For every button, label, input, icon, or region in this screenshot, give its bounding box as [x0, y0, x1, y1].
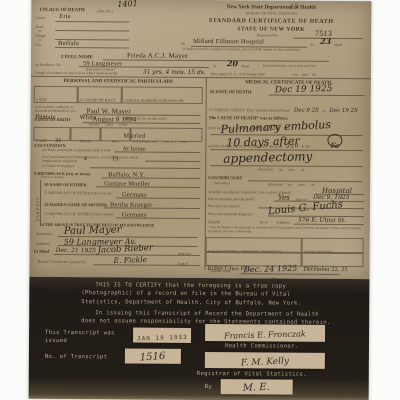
rule-line — [55, 21, 129, 23]
transcript-certify-paragraph: THIS IS TO CERTIFY that the foregoing is… — [81, 281, 329, 308]
st-label: St. — [310, 43, 314, 47]
informant-address-label: (Address) — [36, 242, 50, 246]
ward-value: 23 — [320, 36, 331, 46]
burial-place-cell: 19 PLACE OF BURIAL, CREMATION, OR REMOVA… — [206, 237, 302, 253]
cause-line-2: 10 days after — [226, 134, 300, 149]
dob-label: 6 DATE OF BIRTH — [35, 117, 71, 122]
registered-no-label: Registered No. — [257, 33, 279, 37]
cause-circled-initials: Fa — [331, 142, 340, 150]
transcript-no-label: No. of Transcript — [45, 353, 107, 362]
dept-title: New York State Department of Health — [181, 4, 361, 11]
cause-duration-labels: (duration) yrs. mos. ds. — [258, 167, 305, 172]
cause-circled-mark: Fa — [327, 134, 342, 147]
father-name-label: 10 NAME OF FATHER — [44, 182, 87, 187]
death-certificate-photo: 1401 45 1 PLACE OF DEATH (Dist. No.) Cou… — [29, 0, 372, 400]
certify-to-date: Dec 19 25 — [329, 108, 357, 114]
occupation-c-label: (c) Name of employer — [42, 164, 74, 169]
physician-address-label: (Address) — [276, 221, 290, 225]
or-label-1: or — [38, 29, 41, 33]
rule-line — [116, 197, 200, 199]
cause-footnote: * State the Disease Causing Death, or, i… — [208, 226, 364, 234]
operation-label: Did an operation precede death? — [208, 197, 255, 202]
age-less-note: If LESS than 1 day, ____ hrs. or ____ mi… — [132, 140, 187, 144]
transcript-section: THIS IS TO CERTIFY that the foregoing is… — [29, 277, 370, 400]
sex-cell: 3 SEX Female — [34, 86, 78, 103]
us-length-units: yrs. mos. ds. — [293, 73, 316, 77]
city-label: City — [35, 43, 41, 47]
rule-line — [55, 47, 129, 49]
mother-name-label: 12 MAIDEN NAME OF MOTHER — [44, 202, 107, 207]
or-label-2: or — [38, 38, 41, 42]
dist-no-handwritten: 1401 — [117, 0, 138, 9]
commissioner-label: Health Commissioner. — [225, 342, 298, 351]
us-length-label: How long in U. S., if of foreign birth? — [211, 72, 266, 77]
transcript-issued-label: This Transcript was issued — [45, 329, 115, 346]
contributory-secondary-label: (Secondary) — [214, 182, 230, 186]
age-months-label: Months — [80, 139, 92, 143]
certify-meridiem: P. M. — [302, 145, 310, 149]
color-cell: 4 COLOR OR RACE White — [78, 86, 122, 103]
age-months-cell: Months 4 — [70, 127, 100, 141]
occupation-a-label: (a) Trade, profession, or particular kin… — [42, 148, 112, 153]
by-initials: M. E. — [243, 381, 271, 395]
test-label: What test confirmed diagnosis? — [208, 212, 253, 217]
certify-from-date: Dec 9 25 — [294, 108, 319, 114]
hospital-value: Millard Fillmore Hospital — [193, 38, 264, 45]
transcript-no-box: 1516 — [125, 348, 181, 363]
certificate-title: STANDARD CERTIFICATE OF DEATH — [181, 18, 361, 25]
cause-line-3: appendectomy — [223, 149, 312, 165]
personal-section-title: PERSONAL AND STATISTICAL PARTICULARS — [31, 79, 206, 85]
by-signature-box: M. E. — [221, 379, 293, 395]
residence-ward-value: 20 — [227, 58, 238, 68]
length-residence-value: 31 yrs. 4 mos. 15 ds. — [143, 69, 206, 76]
rule-line — [94, 264, 200, 266]
contributory-label: CONTRIBUTORY — [208, 175, 242, 180]
rule-line — [90, 167, 200, 169]
hospital-no-label: No. — [181, 42, 186, 46]
state-title: STATE OF NEW YORK — [181, 26, 361, 33]
bureau-title: BUREAU OF VITAL STATISTICS — [181, 11, 361, 17]
rule-line — [269, 94, 365, 96]
transcript-no-value: 1516 — [140, 350, 166, 366]
county-value: Erie — [59, 13, 71, 20]
issue-date-stamp-box: JAN 19 1953 — [133, 328, 191, 343]
date-of-issue-label: Date of Issue — [209, 269, 230, 274]
scanned-page: 1401 45 1 PLACE OF DEATH (Dist. No.) Cou… — [0, 0, 400, 400]
informant-label: (Informant) — [36, 232, 53, 236]
age-days-cell: Days 15 — [100, 127, 130, 141]
residence-label: (a) Residence. No. — [35, 63, 62, 67]
registrar-signature: F. M. Kelly — [240, 353, 289, 371]
age-years-cell: 7 AGE 31 — [33, 127, 70, 141]
filed-label: 15 Filed — [34, 249, 49, 254]
contributory-duration-labels: (duration) yrs. mos. ds. — [268, 182, 315, 187]
occupation-b-label: (b) General nature of industry, business… — [42, 155, 142, 164]
birthplace-sub: (State or Country) — [40, 176, 63, 180]
burial-stamp-text: Burial Certificate issued by — [38, 260, 87, 265]
residence-st-label: St. — [213, 64, 217, 68]
parents-divider — [40, 180, 41, 226]
issue-date-stamp: JAN 19 1953 — [136, 330, 187, 346]
rule-line — [104, 207, 200, 209]
age-less-note-cell: If LESS than 1 day, ____ hrs. or ____ mi… — [130, 128, 202, 143]
county-label: County — [35, 16, 46, 20]
father-birthplace-label: 11 BIRTHPLACE OF FATHER (city or town) — [44, 191, 111, 196]
rule-line — [96, 186, 200, 188]
rule-line — [103, 59, 329, 62]
certify-line1: 17 I HEREBY CERTIFY, That I attended dec… — [209, 108, 290, 113]
rule-line — [116, 217, 200, 219]
certificate-front: 1401 45 1 PLACE OF DEATH (Dist. No.) Cou… — [29, 0, 371, 279]
hospital-note: If death occurred in a hospital or insti… — [183, 48, 365, 53]
md-label: M. D. — [260, 220, 269, 224]
color-label: 4 COLOR OR RACE — [80, 97, 116, 102]
dist-no-label: (Dist. No.) — [97, 9, 113, 13]
marital-cell: 5 SINGLE, MARRIED, WIDOWED, OR DIVORCED … — [122, 86, 203, 104]
nonresident-note: If nonresident give city or town and Sta… — [263, 64, 363, 69]
by-label: By — [205, 383, 212, 391]
commissioner-signature-box: Francis E. Fronczak — [205, 324, 325, 342]
certify-to-label: to — [323, 109, 326, 113]
signed-label: (Signed) — [208, 220, 220, 224]
undertaker-address-cell: ADDRESS 719 Broadway — [302, 253, 364, 267]
residence-ward-label: Ward. — [241, 64, 250, 68]
rule-line — [102, 177, 200, 179]
date-of-death-label: 16 DATE OF DEATH — [210, 89, 252, 94]
registrar-label: Registrar of Vital Statistics. — [197, 370, 307, 379]
sex-label: 3 SEX — [36, 97, 47, 102]
autopsy-label: Was there an autopsy? — [208, 204, 240, 209]
burial-date-cell: 20 DATE OF BURIAL December 22, 25 — [302, 238, 364, 253]
rule-line — [114, 151, 200, 153]
undertaker-address-label: ADDRESS — [304, 265, 319, 269]
rule-line — [145, 161, 200, 162]
mother-birthplace-label: 13 BIRTHPLACE OF MOTHER (city or town) — [44, 212, 113, 217]
age-days-label: Days — [111, 139, 119, 143]
registrar-signature-box: F. M. Kelly — [205, 352, 325, 369]
rule-line — [55, 30, 129, 32]
ward-label: Ward — [334, 43, 342, 47]
